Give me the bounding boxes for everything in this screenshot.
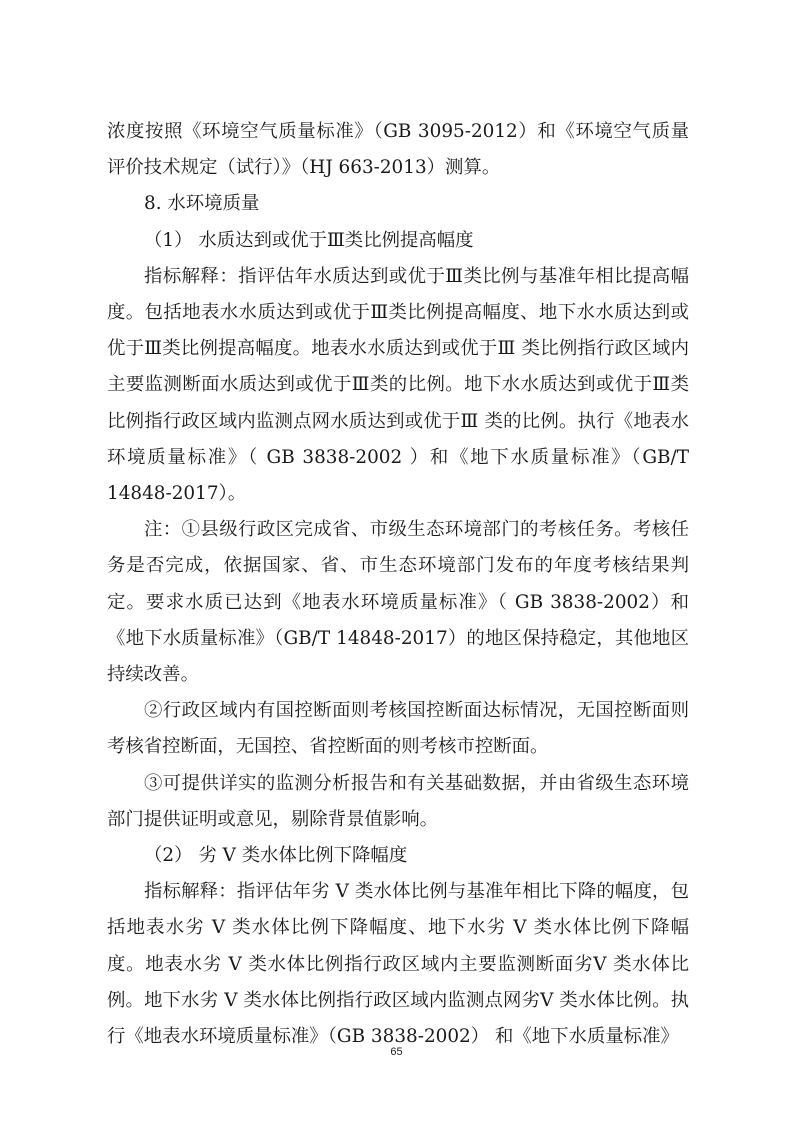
section-heading-water-quality: 8. 水环境质量: [107, 186, 689, 222]
paragraph-indicator-explanation-2: 指标解释：指评估年劣 V 类水体比例与基准年相比下降的幅度，包括地表水劣 V 类…: [107, 874, 689, 1055]
page-number: 65: [0, 1046, 793, 1058]
paragraph-note-1: 注：①县级行政区完成省、市级生态环境部门的考核任务。考核任务是否完成，依据国家、…: [107, 512, 689, 693]
subsection-heading-2: （2） 劣 V 类水体比例下降幅度: [107, 838, 689, 874]
paragraph-indicator-explanation-1: 指标解释：指评估年水质达到或优于Ⅲ类比例与基准年相比提高幅度。包括地表水水质达到…: [107, 259, 689, 512]
paragraph-continuation: 浓度按照《环境空气质量标准》（GB 3095-2012）和《环境空气质量评价技术…: [107, 114, 689, 186]
subsection-heading-1: （1） 水质达到或优于Ⅲ类比例提高幅度: [107, 223, 689, 259]
document-page: 浓度按照《环境空气质量标准》（GB 3095-2012）和《环境空气质量评价技术…: [107, 114, 689, 1055]
paragraph-note-3: ③可提供详实的监测分析报告和有关基础数据，并由省级生态环境部门提供证明或意见，剔…: [107, 766, 689, 838]
paragraph-note-2: ②行政区域内有国控断面则考核国控断面达标情况，无国控断面则考核省控断面，无国控、…: [107, 693, 689, 765]
